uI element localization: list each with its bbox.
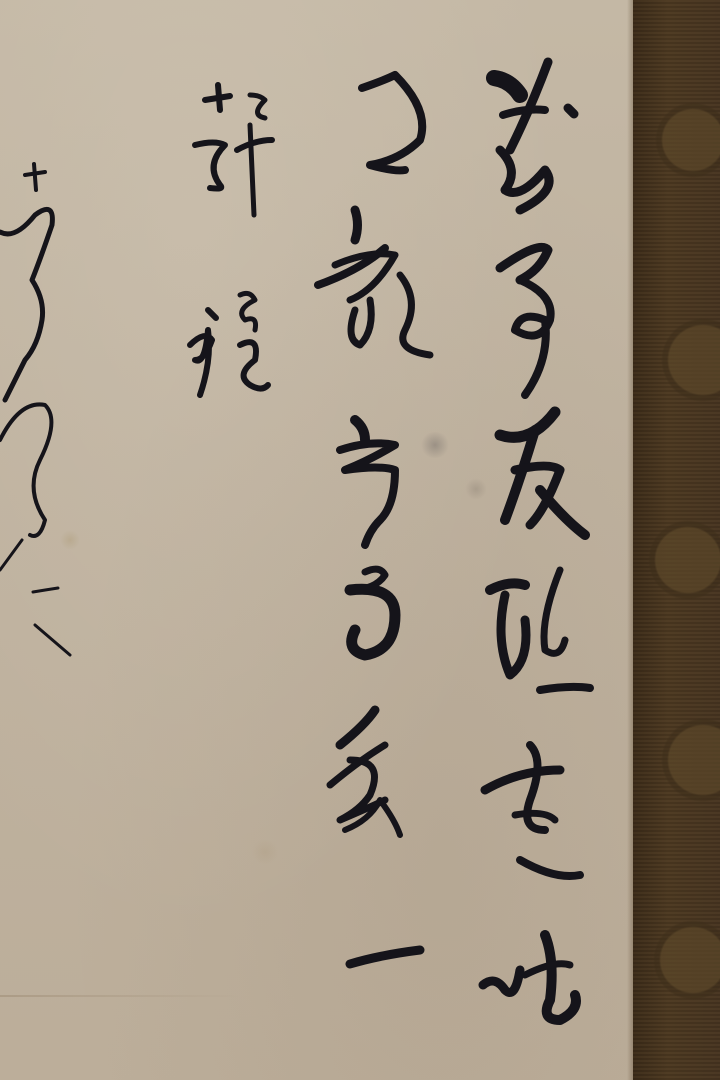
left-edge-strokes bbox=[0, 164, 70, 655]
right-column-strokes bbox=[483, 62, 590, 1020]
center-column-strokes bbox=[318, 75, 430, 964]
calligraphy-ink bbox=[0, 0, 720, 1080]
signature-strokes bbox=[190, 85, 272, 395]
scroll-photo: 若子夏醒雲嘍 乃觀音寺意一 拝謹 十乃 Brocade silk mountin… bbox=[0, 0, 720, 1080]
